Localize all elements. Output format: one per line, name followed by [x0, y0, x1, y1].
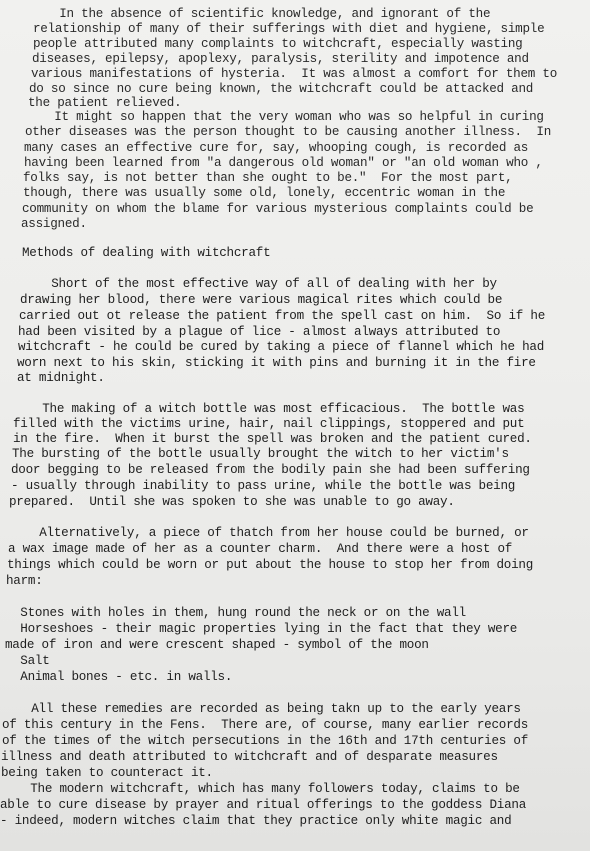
text-line: - indeed, modern witches claim that they… — [0, 814, 511, 829]
text-line: relationship of many of their sufferings… — [33, 22, 544, 37]
text-line: illness and death attributed to witchcra… — [1, 750, 498, 765]
text-line: The making of a witch bottle was most ef… — [13, 402, 524, 417]
text-line: community on whom the blame for various … — [22, 202, 533, 217]
text-line: prepared. Until she was spoken to she wa… — [9, 495, 455, 510]
text-line: It might so happen that the very woman w… — [25, 110, 544, 125]
text-line: harm: — [6, 574, 43, 589]
text-line: diseases, epilepsy, apoplexy, paralysis,… — [32, 52, 529, 67]
text-line: Short of the most effective way of all o… — [22, 277, 497, 292]
list-item: Salt — [13, 654, 50, 669]
text-line: various manifestations of hysteria. It w… — [31, 67, 557, 82]
text-line: of this century in the Fens. There are, … — [2, 718, 528, 733]
text-line: in the fire. When it burst the spell was… — [13, 432, 532, 447]
text-line: All these remedies are recorded as being… — [2, 702, 521, 717]
text-line: of the times of the witch persecutions i… — [2, 734, 528, 749]
text-line: at midnight. — [17, 371, 105, 386]
text-line: people attributed many complaints to wit… — [33, 37, 522, 52]
text-line: drawing her blood, there were various ma… — [20, 293, 502, 308]
text-line: filled with the victims urine, hair, nai… — [13, 417, 524, 432]
text-line: worn next to his skin, sticking it with … — [17, 356, 536, 371]
text-line: able to cure disease by prayer and ritua… — [0, 798, 526, 813]
text-line: a wax image made of her as a counter cha… — [8, 542, 512, 557]
text-line: assigned. — [21, 217, 87, 232]
text-line: had been visited by a plague of lice - a… — [18, 325, 500, 340]
list-item: Stones with holes in them, hung round th… — [13, 606, 466, 621]
text-line: witchcraft - he could be cured by taking… — [18, 340, 544, 355]
text-line: do so since no cure being known, the wit… — [29, 82, 533, 97]
text-line: things which could be worn or put about … — [7, 558, 533, 573]
text-line: - usually through inability to pass urin… — [11, 479, 515, 494]
text-line: having been learned from "a dangerous ol… — [24, 156, 543, 171]
document-page: In the absence of scientific knowledge, … — [0, 0, 590, 851]
text-line: The modern witchcraft, which has many fo… — [1, 782, 520, 797]
text-line: many cases an effective cure for, say, w… — [24, 141, 528, 156]
section-heading: Methods of dealing with witchcraft — [22, 246, 270, 261]
list-item: Animal bones - etc. in walls. — [13, 670, 232, 685]
text-line: folks say, is not better than she ought … — [23, 171, 512, 186]
text-line: carried out ot release the patient from … — [19, 309, 545, 324]
text-line: though, there was usually some old, lone… — [23, 186, 505, 201]
list-item: made of iron and were crescent shaped - … — [5, 638, 429, 653]
text-line: being taken to counteract it. — [1, 766, 213, 781]
text-line: The bursting of the bottle usually broug… — [12, 447, 509, 462]
text-line: other diseases was the person thought to… — [25, 125, 551, 140]
text-line: the patient relieved. — [28, 96, 181, 111]
text-line: Alternatively, a piece of thatch from he… — [10, 526, 529, 541]
text-line: In the absence of scientific knowledge, … — [30, 7, 490, 22]
text-line: door begging to be released from the bod… — [11, 463, 530, 478]
list-item: Horseshoes - their magic properties lyin… — [13, 622, 517, 637]
